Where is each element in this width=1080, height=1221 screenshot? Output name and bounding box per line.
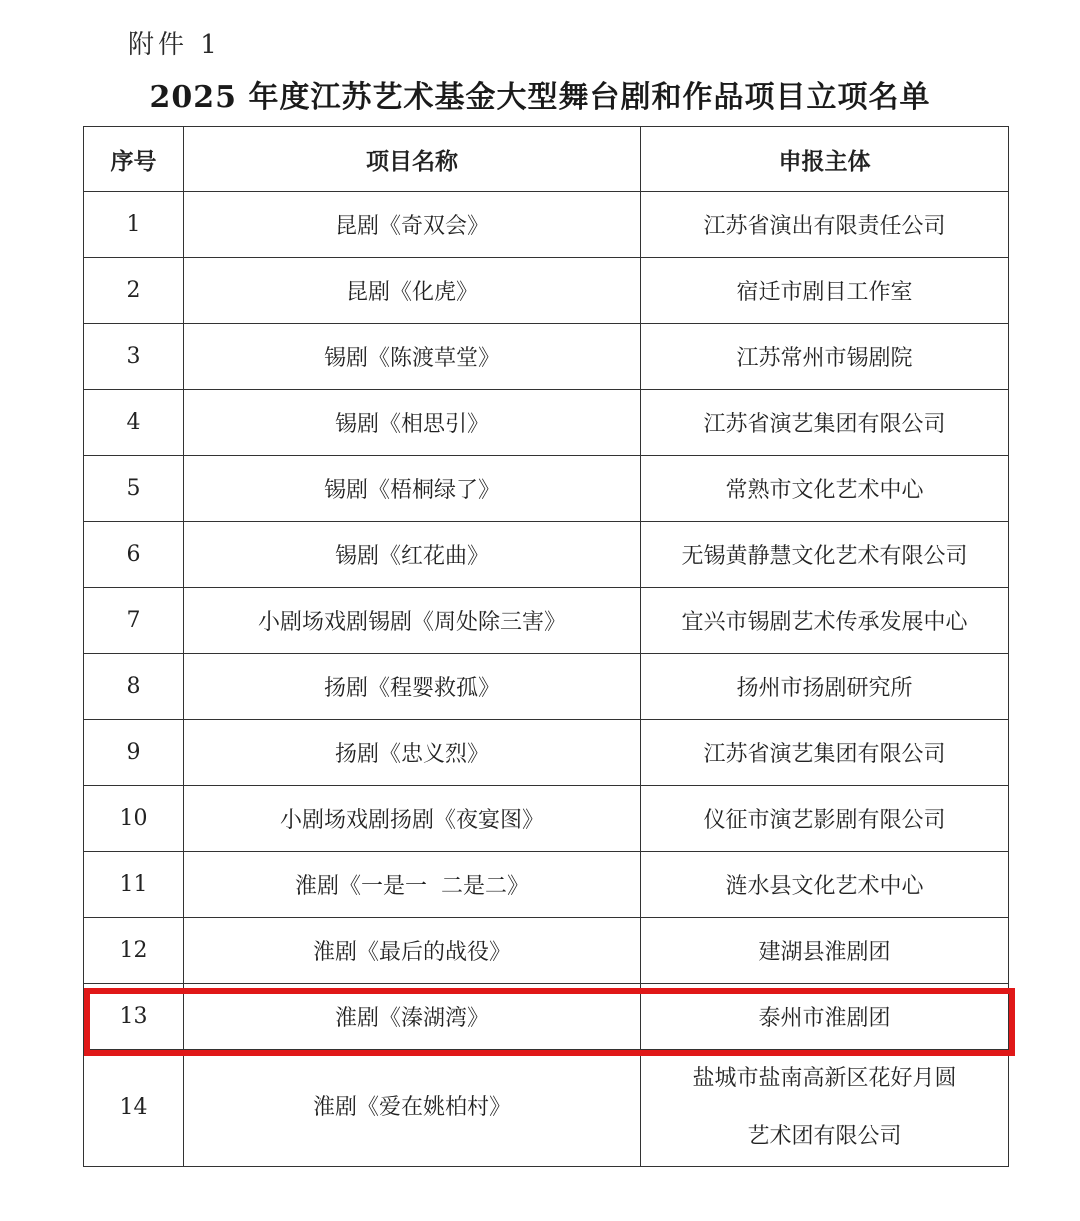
table-row: 11 淮剧《一是一 二是二》 涟水县文化艺术中心: [84, 852, 1009, 918]
row-index: 1: [84, 192, 184, 258]
document-title: 2025 年度江苏艺术基金大型舞台剧和作品项目立项名单: [0, 72, 1080, 116]
applicant: 泰州市淮剧团: [641, 984, 1009, 1050]
project-name: 淮剧《最后的战役》: [184, 918, 641, 984]
row-index: 9: [84, 720, 184, 786]
table-row: 9 扬剧《忠义烈》 江苏省演艺集团有限公司: [84, 720, 1009, 786]
attachment-label: 附件 1: [128, 24, 221, 61]
applicant: 江苏常州市锡剧院: [641, 324, 1009, 390]
project-name: 淮剧《一是一 二是二》: [184, 852, 641, 918]
row-index: 12: [84, 918, 184, 984]
table-row: 10 小剧场戏剧扬剧《夜宴图》 仪征市演艺影剧有限公司: [84, 786, 1009, 852]
table-row: 8 扬剧《程婴救孤》 扬州市扬剧研究所: [84, 654, 1009, 720]
row-index: 5: [84, 456, 184, 522]
project-name: 锡剧《相思引》: [184, 390, 641, 456]
applicant: 扬州市扬剧研究所: [641, 654, 1009, 720]
applicant: 江苏省演艺集团有限公司: [641, 390, 1009, 456]
table-row: 5 锡剧《梧桐绿了》 常熟市文化艺术中心: [84, 456, 1009, 522]
applicant: 宿迁市剧目工作室: [641, 258, 1009, 324]
project-name: 昆剧《奇双会》: [184, 192, 641, 258]
applicant: 无锡黄静慧文化艺术有限公司: [641, 522, 1009, 588]
project-name: 昆剧《化虎》: [184, 258, 641, 324]
applicant: 建湖县淮剧团: [641, 918, 1009, 984]
row-index: 8: [84, 654, 184, 720]
header-index: 序号: [84, 127, 184, 192]
project-name: 淮剧《溱湖湾》: [184, 984, 641, 1050]
applicant: 仪征市演艺影剧有限公司: [641, 786, 1009, 852]
row-index: 7: [84, 588, 184, 654]
project-name: 扬剧《程婴救孤》: [184, 654, 641, 720]
applicant: 江苏省演艺集团有限公司: [641, 720, 1009, 786]
row-index: 13: [84, 984, 184, 1050]
table-row: 1 昆剧《奇双会》 江苏省演出有限责任公司: [84, 192, 1009, 258]
table-row: 2 昆剧《化虎》 宿迁市剧目工作室: [84, 258, 1009, 324]
table-row: 14 淮剧《爱在姚柏村》 盐城市盐南高新区花好月圆 艺术团有限公司: [84, 1050, 1009, 1167]
table-header-row: 序号 项目名称 申报主体: [84, 127, 1009, 192]
row-index: 14: [84, 1050, 184, 1167]
header-project-name: 项目名称: [184, 127, 641, 192]
table-row: 3 锡剧《陈渡草堂》 江苏常州市锡剧院: [84, 324, 1009, 390]
applicant: 盐城市盐南高新区花好月圆 艺术团有限公司: [641, 1050, 1009, 1167]
project-name: 小剧场戏剧扬剧《夜宴图》: [184, 786, 641, 852]
project-name: 扬剧《忠义烈》: [184, 720, 641, 786]
project-name: 锡剧《陈渡草堂》: [184, 324, 641, 390]
applicant: 涟水县文化艺术中心: [641, 852, 1009, 918]
header-applicant: 申报主体: [641, 127, 1009, 192]
project-name: 锡剧《红花曲》: [184, 522, 641, 588]
table-row: 6 锡剧《红花曲》 无锡黄静慧文化艺术有限公司: [84, 522, 1009, 588]
table-row: 4 锡剧《相思引》 江苏省演艺集团有限公司: [84, 390, 1009, 456]
row-index: 6: [84, 522, 184, 588]
row-index: 10: [84, 786, 184, 852]
applicant: 宜兴市锡剧艺术传承发展中心: [641, 588, 1009, 654]
row-index: 2: [84, 258, 184, 324]
project-list-table: 序号 项目名称 申报主体 1 昆剧《奇双会》 江苏省演出有限责任公司 2 昆剧《…: [83, 126, 1009, 1167]
applicant-line-2: 艺术团有限公司: [647, 1108, 1002, 1166]
applicant: 江苏省演出有限责任公司: [641, 192, 1009, 258]
table-row: 12 淮剧《最后的战役》 建湖县淮剧团: [84, 918, 1009, 984]
applicant-line-1: 盐城市盐南高新区花好月圆: [647, 1050, 1002, 1108]
project-name: 小剧场戏剧锡剧《周处除三害》: [184, 588, 641, 654]
applicant: 常熟市文化艺术中心: [641, 456, 1009, 522]
table-row-highlighted: 13 淮剧《溱湖湾》 泰州市淮剧团: [84, 984, 1009, 1050]
row-index: 4: [84, 390, 184, 456]
table-row: 7 小剧场戏剧锡剧《周处除三害》 宜兴市锡剧艺术传承发展中心: [84, 588, 1009, 654]
project-name: 锡剧《梧桐绿了》: [184, 456, 641, 522]
row-index: 3: [84, 324, 184, 390]
row-index: 11: [84, 852, 184, 918]
project-name: 淮剧《爱在姚柏村》: [184, 1050, 641, 1167]
